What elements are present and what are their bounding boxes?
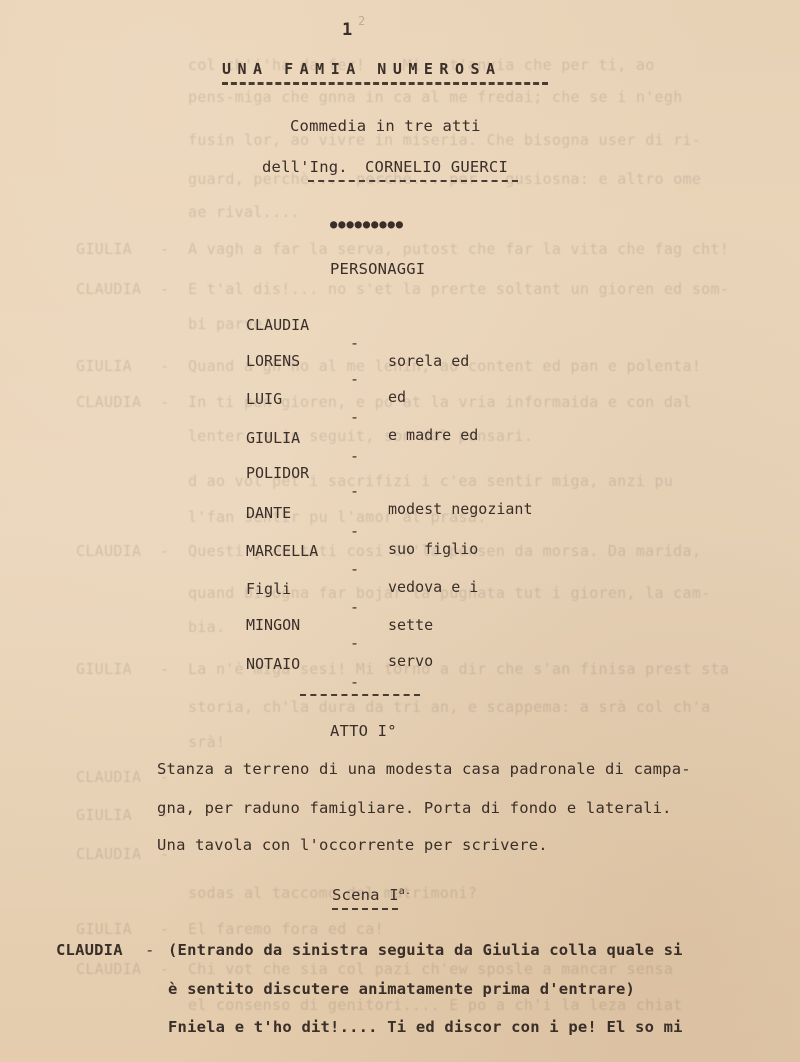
- bleed-through-line: ae rival....: [188, 203, 300, 221]
- dialogue-line: Fniela e t'ho dit!.... Ti ed discor con …: [168, 1018, 683, 1036]
- bleed-through-line: CLAUDIA - In ti pen gioren, e po at la v…: [76, 393, 692, 411]
- cast-dash: -: [350, 522, 359, 540]
- stage-direction-line: Stanza a terreno di una modesta casa pad…: [157, 760, 691, 778]
- bleed-through-line: d ao vol pet i sacrifizi i c'ea sentir m…: [76, 472, 673, 490]
- stage-direction-line: Una tavola con l'occorrente per scrivere…: [157, 836, 548, 854]
- cast-dash: -: [350, 560, 359, 578]
- dialogue-dash: -: [145, 941, 155, 959]
- cast-name: LORENS: [246, 352, 300, 370]
- bleed-through-line: srà!: [76, 733, 225, 751]
- cast-dash: -: [350, 598, 359, 616]
- author-underline: [308, 180, 518, 182]
- cast-role: servo: [388, 652, 433, 670]
- scene-heading: Scena Ia.: [332, 886, 411, 904]
- cast-dash: -: [350, 334, 359, 352]
- cast-role: suo figlio: [388, 540, 478, 558]
- cast-name: MARCELLA: [246, 542, 318, 560]
- bleed-through-line: CLAUDIA -: [76, 845, 169, 863]
- play-title: UNA FAMIA NUMEROSA: [222, 60, 502, 78]
- cast-row: NOTAIO -: [246, 637, 282, 727]
- cast-role: sette: [388, 616, 433, 634]
- dialogue-speaker: CLAUDIA: [56, 941, 123, 959]
- scene-underline: [332, 908, 398, 910]
- bleed-through-line: GIULIA - A vagh a far la serva, putost c…: [76, 240, 729, 258]
- cast-heading: PERSONAGGI: [330, 260, 425, 278]
- bleed-through-line: GIULIA - El faremo fora ed ca!: [76, 920, 384, 938]
- author-prefix: dell'Ing.: [262, 158, 348, 176]
- bleed-through-line: el consenso di genitori.... E po a ch'i …: [76, 996, 683, 1014]
- bleed-through-line: CLAUDIA - E t'al dis!... no s'et la prer…: [76, 280, 729, 298]
- dialogue-line: è sentito discutere animatamente prima d…: [168, 980, 635, 998]
- scene-heading-sup: a.: [399, 886, 411, 897]
- bleed-through-line: bia.: [76, 618, 225, 636]
- cast-dash: -: [350, 634, 359, 652]
- bleed-through-line: sodas al taccomo del matrimoni?: [76, 884, 477, 902]
- cast-role: sorela ed: [388, 352, 469, 370]
- cast-name: Figli: [246, 580, 291, 598]
- author-name: CORNELIO GUERCI: [365, 158, 508, 176]
- title-underline: [222, 82, 548, 85]
- section-divider: [300, 694, 420, 696]
- act-heading: ATTO I°: [330, 722, 397, 740]
- cast-name: LUIG: [246, 390, 282, 408]
- cast-dash: -: [350, 447, 359, 465]
- page-number-faint: 2: [358, 14, 365, 28]
- cast-name: DANTE: [246, 504, 291, 522]
- cast-role: e madre ed: [388, 426, 478, 444]
- cast-name: CLAUDIA: [246, 316, 309, 334]
- bleed-through-line: GIULIA -: [76, 806, 169, 824]
- bleed-through-line: bi parve!: [76, 315, 272, 333]
- bleed-through-line: CLAUDIA - Chi vot che sia col pazi ch'ew…: [76, 960, 673, 978]
- play-subtitle: Commedia in tre atti: [290, 117, 481, 135]
- cast-role: modest negoziant: [388, 500, 533, 518]
- cast-name: NOTAIO: [246, 655, 300, 673]
- bleed-through-line: storia, ch'la dura da tri an, e scappema…: [76, 698, 711, 716]
- cast-dash: -: [350, 482, 359, 500]
- page-number: 1: [342, 20, 352, 40]
- cast-dash: -: [350, 370, 359, 388]
- cast-dash: -: [350, 673, 359, 691]
- cast-name: GIULIA: [246, 429, 300, 447]
- cast-role: vedova e i: [388, 578, 478, 596]
- document-page: col ch'i'ha da fer! Mi t'anvia che per t…: [0, 0, 800, 1062]
- bleed-through-line: pens-miga che gnna in ca al me fredai; c…: [188, 88, 683, 106]
- cast-dash: -: [350, 408, 359, 426]
- cast-name: POLIDOR: [246, 464, 309, 482]
- cast-name: MINGON: [246, 616, 300, 634]
- bleed-through-line: CLAUDIA -: [76, 768, 169, 786]
- dialogue-line: (Entrando da sinistra seguita da Giulia …: [168, 941, 683, 959]
- stage-direction-line: gna, per raduno famigliare. Porta di fon…: [157, 799, 672, 817]
- separator-dots: ●●●●●●●●●: [330, 217, 404, 231]
- cast-role: ed: [388, 388, 406, 406]
- scene-heading-text: Scena I: [332, 886, 399, 904]
